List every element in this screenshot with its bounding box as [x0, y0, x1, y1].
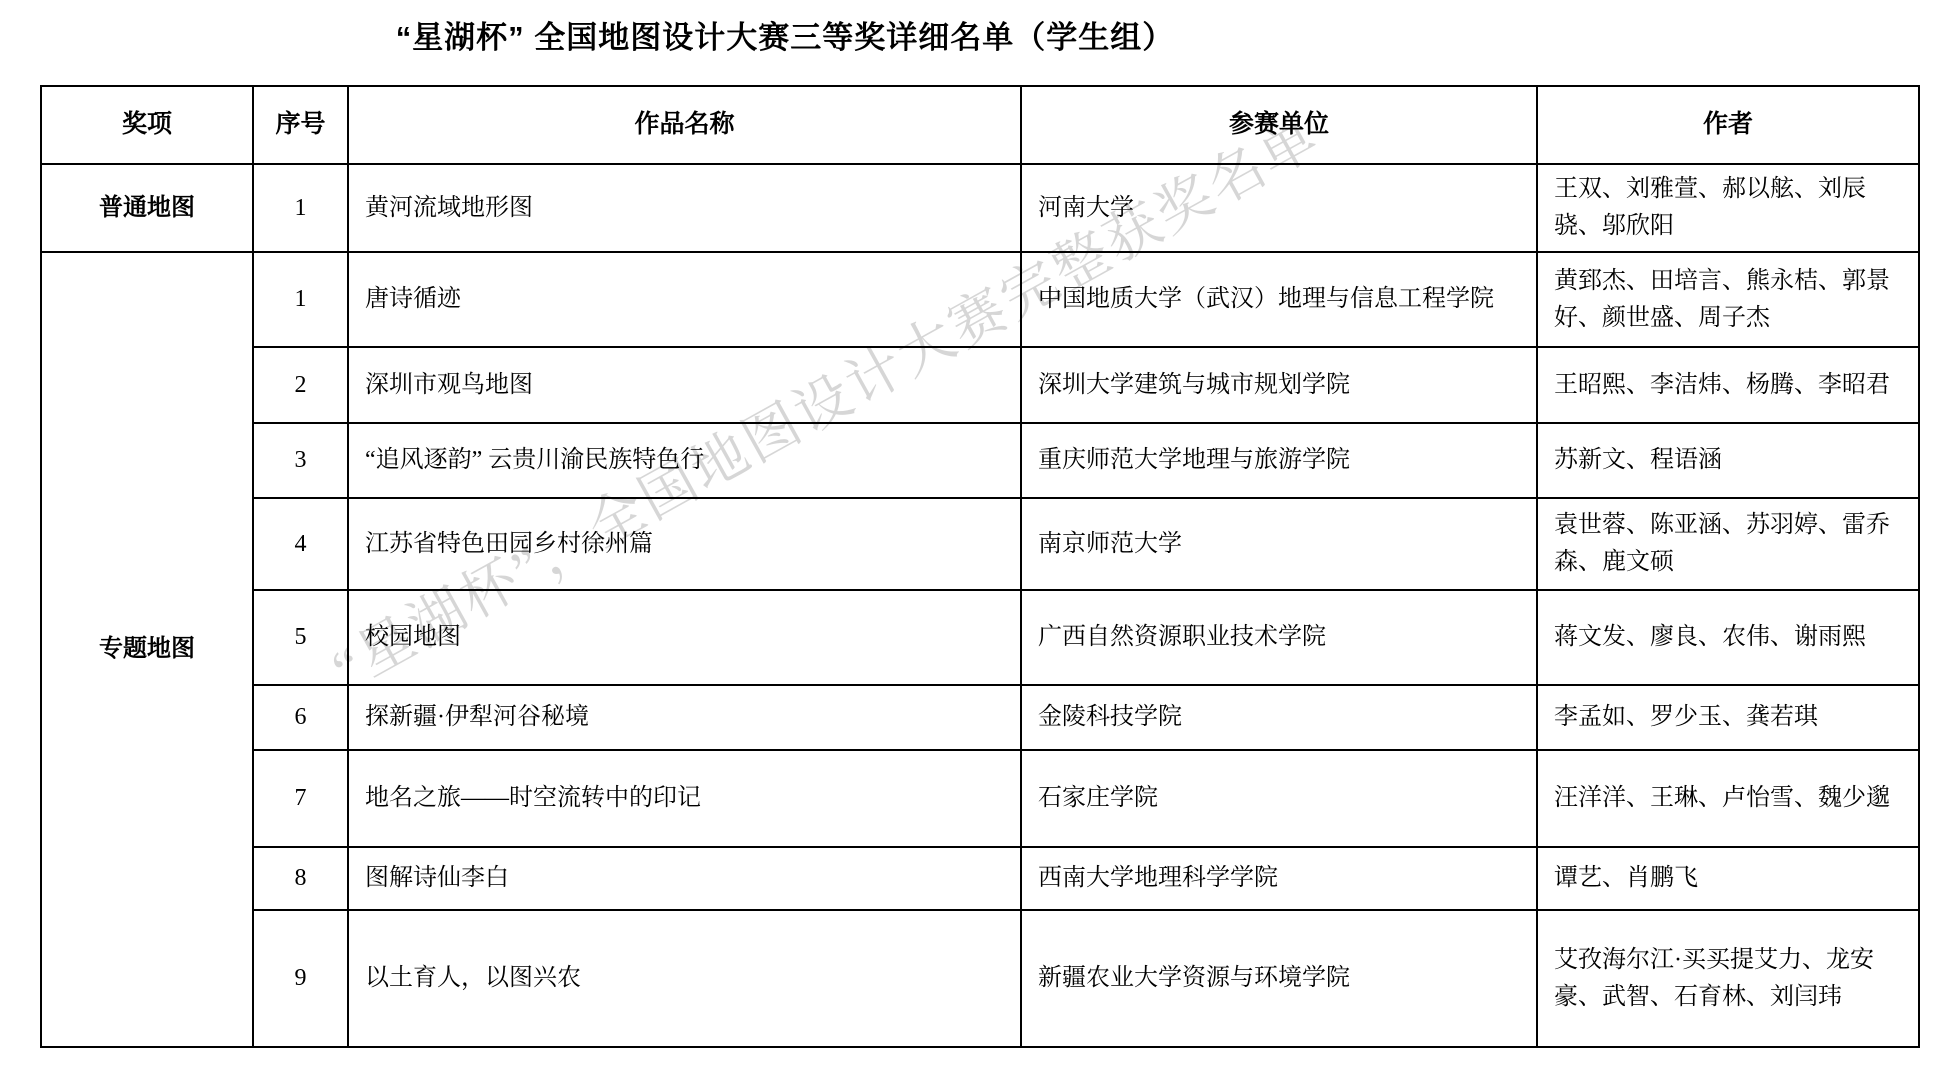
awards-table: 奖项 序号 作品名称 参赛单位 作者 普通地图1黄河流域地形图河南大学王双、刘雅… [40, 85, 1920, 1048]
authors-cell: 袁世蓉、陈亚涵、苏羽婷、雷乔森、鹿文硕 [1537, 498, 1919, 590]
work-name-cell: 探新疆·伊犁河谷秘境 [348, 685, 1021, 750]
title-container: “星湖杯” 全国地图设计大赛三等奖详细名单（学生组） [0, 12, 1570, 57]
table-row: 专题地图1唐诗循迹中国地质大学（武汉）地理与信息工程学院黄郅杰、田培言、熊永桔、… [41, 252, 1919, 347]
table-row: 9以土育人，以图兴农新疆农业大学资源与环境学院艾孜海尔江·买买提艾力、龙安豪、武… [41, 910, 1919, 1047]
document-page: { "page": { "title": "“星湖杯” 全国地图设计大赛三等奖详… [0, 0, 1954, 1076]
unit-cell: 金陵科技学院 [1021, 685, 1537, 750]
serial-cell: 6 [253, 685, 348, 750]
table-row: 2深圳市观鸟地图深圳大学建筑与城市规划学院王昭熙、李洁炜、杨腾、李昭君 [41, 347, 1919, 423]
serial-cell: 8 [253, 847, 348, 910]
unit-cell: 石家庄学院 [1021, 750, 1537, 847]
serial-cell: 1 [253, 252, 348, 347]
work-name-cell: 以土育人，以图兴农 [348, 910, 1021, 1047]
header-award-category: 奖项 [41, 86, 253, 164]
serial-cell: 9 [253, 910, 348, 1047]
table-row: 8图解诗仙李白西南大学地理科学学院谭艺、肖鹏飞 [41, 847, 1919, 910]
table-row: 6探新疆·伊犁河谷秘境金陵科技学院李孟如、罗少玉、龚若琪 [41, 685, 1919, 750]
category-cell: 专题地图 [41, 252, 253, 1047]
authors-cell: 苏新文、程语涵 [1537, 423, 1919, 498]
authors-cell: 汪洋洋、王琳、卢怡雪、魏少邈 [1537, 750, 1919, 847]
authors-cell: 蒋文发、廖良、农伟、谢雨熙 [1537, 590, 1919, 685]
header-row: 奖项 序号 作品名称 参赛单位 作者 [41, 86, 1919, 164]
authors-cell: 李孟如、罗少玉、龚若琪 [1537, 685, 1919, 750]
serial-cell: 4 [253, 498, 348, 590]
page-title: “星湖杯” 全国地图设计大赛三等奖详细名单（学生组） [396, 12, 1175, 57]
work-name-cell: 江苏省特色田园乡村徐州篇 [348, 498, 1021, 590]
table-row: 5校园地图广西自然资源职业技术学院蒋文发、廖良、农伟、谢雨熙 [41, 590, 1919, 685]
authors-cell: 王昭熙、李洁炜、杨腾、李昭君 [1537, 347, 1919, 423]
work-name-cell: 地名之旅——时空流转中的印记 [348, 750, 1021, 847]
unit-cell: 重庆师范大学地理与旅游学院 [1021, 423, 1537, 498]
table-row: 4江苏省特色田园乡村徐州篇南京师范大学袁世蓉、陈亚涵、苏羽婷、雷乔森、鹿文硕 [41, 498, 1919, 590]
work-name-cell: 图解诗仙李白 [348, 847, 1021, 910]
serial-cell: 7 [253, 750, 348, 847]
work-name-cell: 黄河流域地形图 [348, 164, 1021, 252]
unit-cell: 广西自然资源职业技术学院 [1021, 590, 1537, 685]
unit-cell: 新疆农业大学资源与环境学院 [1021, 910, 1537, 1047]
header-unit: 参赛单位 [1021, 86, 1537, 164]
unit-cell: 南京师范大学 [1021, 498, 1537, 590]
table-row: 3“追风逐韵” 云贵川渝民族特色行重庆师范大学地理与旅游学院苏新文、程语涵 [41, 423, 1919, 498]
serial-cell: 5 [253, 590, 348, 685]
work-name-cell: 深圳市观鸟地图 [348, 347, 1021, 423]
work-name-cell: 校园地图 [348, 590, 1021, 685]
serial-cell: 1 [253, 164, 348, 252]
work-name-cell: “追风逐韵” 云贵川渝民族特色行 [348, 423, 1021, 498]
work-name-cell: 唐诗循迹 [348, 252, 1021, 347]
unit-cell: 深圳大学建筑与城市规划学院 [1021, 347, 1537, 423]
authors-cell: 艾孜海尔江·买买提艾力、龙安豪、武智、石育林、刘闫玮 [1537, 910, 1919, 1047]
serial-cell: 2 [253, 347, 348, 423]
header-authors: 作者 [1537, 86, 1919, 164]
unit-cell: 河南大学 [1021, 164, 1537, 252]
unit-cell: 西南大学地理科学学院 [1021, 847, 1537, 910]
authors-cell: 王双、刘雅萱、郝以舷、刘辰骁、邬欣阳 [1537, 164, 1919, 252]
table-row: 7地名之旅——时空流转中的印记石家庄学院汪洋洋、王琳、卢怡雪、魏少邈 [41, 750, 1919, 847]
unit-cell: 中国地质大学（武汉）地理与信息工程学院 [1021, 252, 1537, 347]
category-cell: 普通地图 [41, 164, 253, 252]
table-row: 普通地图1黄河流域地形图河南大学王双、刘雅萱、郝以舷、刘辰骁、邬欣阳 [41, 164, 1919, 252]
header-serial-number: 序号 [253, 86, 348, 164]
serial-cell: 3 [253, 423, 348, 498]
authors-cell: 谭艺、肖鹏飞 [1537, 847, 1919, 910]
header-work-name: 作品名称 [348, 86, 1021, 164]
authors-cell: 黄郅杰、田培言、熊永桔、郭景好、颜世盛、周子杰 [1537, 252, 1919, 347]
